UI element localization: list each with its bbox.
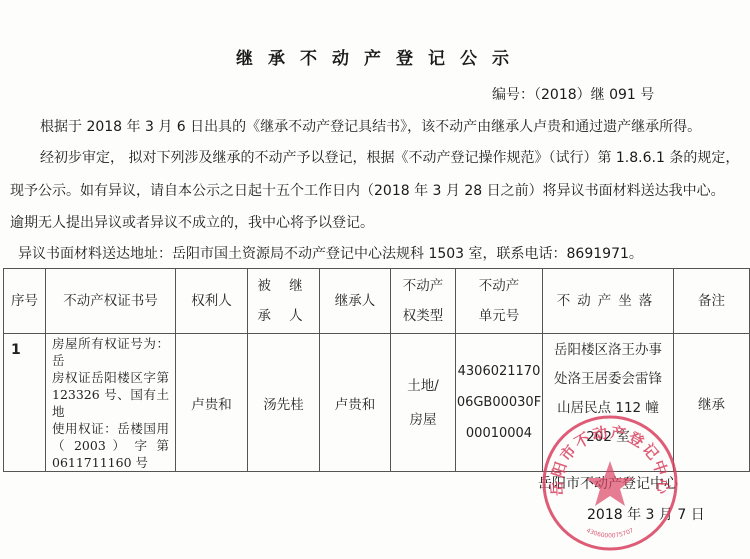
cert-line: 房屋所有权证号为：岳 [52,335,169,369]
cert-line: 房权证岳阳楼区字第 [52,369,169,386]
cell-cert-no: 房屋所有权证号为：岳 房权证岳阳楼区字第 123326 号、国有土地 使用权证：… [46,334,176,472]
header-unit-no-line2: 单元号 [456,301,542,331]
document-title: 继承不动产登记公示 [0,44,750,69]
header-right-type-line1: 不动产 [391,271,455,301]
cert-line: 123326 号、国有土地 [52,386,169,420]
unit-no-line: 06GB00030F [456,387,542,418]
header-decedent-line2: 承 人 [248,301,319,331]
issuer-name: 岳阳市不动产登记中心 [538,473,678,493]
paragraph-review-line2: 现予公示。如有异议，请自本公示之日起十五个工作日内（2018 年 3 月 28 … [10,180,725,200]
header-remark: 备注 [674,269,750,334]
reference-number: 编号：（2018）继 091 号 [492,84,654,104]
table-row: 1 房屋所有权证号为：岳 房权证岳阳楼区字第 123326 号、国有土地 使用权… [4,334,750,472]
header-decedent: 被 继 承 人 [248,269,320,334]
unit-no-line: 4306021170 [456,356,542,387]
header-cert-no: 不动产权证书号 [46,269,176,334]
header-unit-no: 不动产 单元号 [456,269,543,334]
right-type-line2: 房屋 [391,403,455,437]
header-right-type-line2: 权类型 [391,301,455,331]
header-unit-no-line1: 不动产 [456,271,542,301]
issue-date: 2018 年 3 月 7 日 [587,504,705,524]
cell-right-type: 土地/ 房屋 [391,334,456,472]
registration-table: 序号 不动产权证书号 权利人 被 继 承 人 继承人 不动产 权类型 不动产 单… [3,268,750,472]
paragraph-basis: 根据于 2018 年 3 月 6 日出具的《继承不动产登记具结书》，该不动产由继… [40,116,701,136]
location-line: 202 室 [543,423,673,452]
seal-serial: 4306000075707 [585,527,635,539]
cell-unit-no: 4306021170 06GB00030F 00010004 [456,334,543,472]
svg-text:4306000075707: 4306000075707 [585,527,635,539]
header-seq: 序号 [4,269,46,334]
paragraph-review-line3: 逾期无人提出异议或者异议不成立的，我中心将予以登记。 [10,212,374,232]
location-line: 处洛王居委会雷锋 [543,365,673,394]
location-line: 岳阳楼区洛王办事 [543,336,673,365]
cell-seq: 1 [4,334,46,472]
cell-heir: 卢贵和 [320,334,391,472]
cell-remark: 继承 [674,334,750,472]
cert-line: 使用权证：岳楼国用 [52,420,169,437]
cert-line: （ 2003 ） 字 第 [52,437,169,454]
header-heir: 继承人 [320,269,391,334]
objection-address: 异议书面材料送达地址：岳阳市国土资源局不动产登记中心法规科 1503 室，联系电… [18,243,643,263]
location-line: 山居民点 112 幢 [543,394,673,423]
paragraph-review-line1: 经初步审定， 拟对下列涉及继承的不动产予以登记，根据《不动产登记操作规范》（试行… [40,147,739,167]
cell-decedent: 汤先桂 [248,334,320,472]
header-decedent-line1: 被 继 [248,271,319,301]
unit-no-line: 00010004 [456,418,542,449]
cell-right-holder: 卢贵和 [176,334,248,472]
right-type-line1: 土地/ [391,369,455,403]
table-header-row: 序号 不动产权证书号 权利人 被 继 承 人 继承人 不动产 权类型 不动产 单… [4,269,750,334]
header-location: 不动产坐落 [543,269,674,334]
cell-location: 岳阳楼区洛王办事 处洛王居委会雷锋 山居民点 112 幢 202 室 [543,334,674,472]
header-right-type: 不动产 权类型 [391,269,456,334]
header-right-holder: 权利人 [176,269,248,334]
cert-line: 0611711160 号 [52,454,169,471]
